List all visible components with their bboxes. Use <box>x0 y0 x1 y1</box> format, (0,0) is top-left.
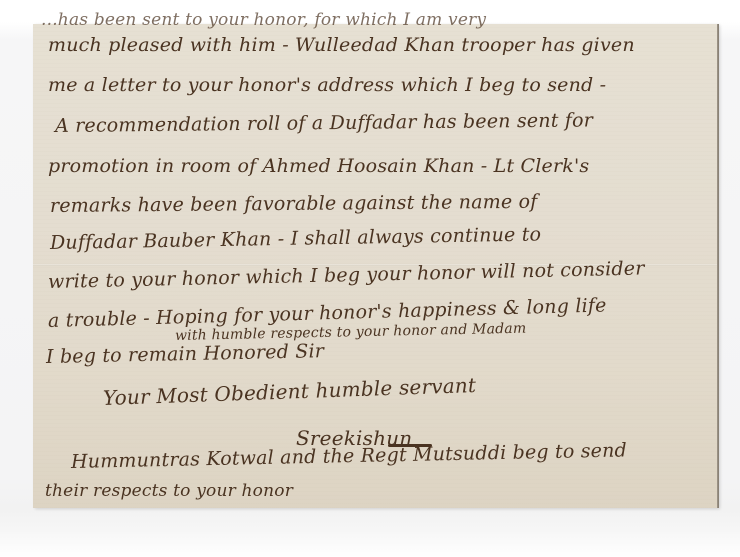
letter-line: promotion in room of Ahmed Hoosain Khan … <box>48 155 589 177</box>
letter-line: Duffadar Bauber Khan - I shall always co… <box>50 223 542 254</box>
letter-line: remarks have been favorable against the … <box>50 191 538 217</box>
postscript-line: Hummuntras Kotwal and the Regt Mutsuddi … <box>71 439 627 473</box>
scan-background: ...has been sent to your honor, for whic… <box>0 0 740 557</box>
closing-line: I beg to remain Honored Sir <box>46 340 324 368</box>
letter-page: ...has been sent to your honor, for whic… <box>33 24 718 508</box>
postscript-line: their respects to your honor <box>45 481 293 501</box>
letter-line: A recommendation roll of a Duffadar has … <box>55 109 593 137</box>
valediction: Your Most Obedient humble servant <box>103 373 477 410</box>
letter-line-cropped-top: ...has been sent to your honor, for whic… <box>41 10 486 30</box>
letter-line: me a letter to your honor's address whic… <box>48 74 606 96</box>
letter-line: write to your honor which I beg your hon… <box>48 257 645 293</box>
letter-line: much pleased with him - Wulleedad Khan t… <box>48 34 635 56</box>
